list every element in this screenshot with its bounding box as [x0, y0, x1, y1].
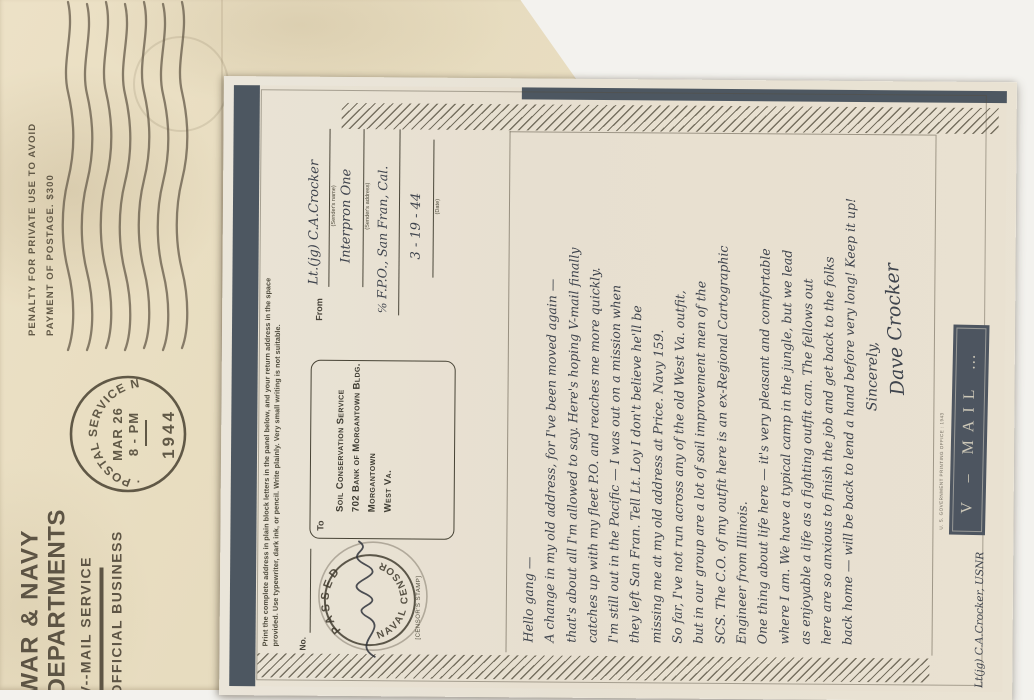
closing-handwriting: Sincerely,: [864, 342, 881, 411]
postmark-year: 1944: [159, 409, 178, 459]
sender-name-handwriting: Lt.(jg) C.A.Crocker: [306, 160, 322, 285]
no-field-label: No.: [297, 637, 307, 651]
faint-postmark-ring: [133, 36, 229, 132]
divider-rule: [100, 568, 104, 696]
signature-rank-handwriting: Lt(jg) C.A.Crocker, USNR: [973, 552, 986, 688]
war-navy-block: WAR & NAVY DEPARTMENTS V--MAIL SERVICE O…: [16, 432, 155, 696]
to-address-line: 702 Bank of Morgantown Bldg.: [349, 363, 366, 512]
penalty-line: PAYMENT OF POSTAGE. $300: [42, 90, 60, 336]
form-instructions: Print the complete address in plain bloc…: [261, 156, 285, 646]
to-address-line: Soil Conservation Service: [333, 363, 350, 512]
vmail-stamp-text: V – MAIL …: [952, 328, 986, 533]
sender-fpo-handwriting: ℅ F.P.O., San Fran, Cal.: [374, 166, 391, 314]
sender-address-caption: (Sender's address): [365, 151, 372, 261]
sender-fpo-line: [398, 129, 400, 315]
to-address-lines: Soil Conservation Service702 Bank of Mor…: [333, 363, 398, 512]
scanned-vmail-photo: { "envelope": { "penalty_lines": ["PENAL…: [0, 0, 1034, 700]
vmail-form: Print the complete address in plain bloc…: [229, 85, 1007, 692]
to-address-line: West Va.: [381, 363, 398, 512]
from-label: From: [314, 298, 324, 321]
sender-address-handwriting: Interpron One: [339, 169, 355, 263]
from-block: From Lt.(jg) C.A.Crocker (Sender's name)…: [304, 125, 476, 322]
penalty-line: PENALTY FOR PRIVATE USE TO AVOID: [24, 90, 42, 336]
to-label: To: [315, 520, 325, 530]
to-address-panel: To Soil Conservation Service702 Bank of …: [309, 360, 455, 540]
penalty-notice: PENALTY FOR PRIVATE USE TO AVOIDPAYMENT …: [24, 90, 66, 336]
official-business-line: OFFICIAL BUSINESS: [109, 432, 125, 696]
vmail-service-line: V--MAIL SERVICE: [78, 432, 94, 696]
censor-stamp-caption: [CENSOR'S STAMP]: [415, 548, 422, 668]
message-line: back home — will be back to lend a hand …: [837, 135, 862, 645]
censor-signature-scribble: [356, 541, 376, 657]
vmail-letter-photo: Print the complete address in plain bloc…: [219, 76, 1017, 700]
gpo-print-line: U. S. GOVERNMENT PRINTING OFFICE : 1943: [938, 412, 944, 529]
form-top-bar: [229, 85, 260, 686]
war-navy-line1: WAR & NAVY: [17, 432, 44, 696]
vmail-stamp-label: V – MAIL …: [949, 324, 990, 535]
letter-date-handwriting: 3 - 19 - 44: [409, 193, 425, 260]
message-body: Hello gang — A change in my old address,…: [518, 132, 863, 645]
war-navy-line2: DEPARTMENTS: [44, 432, 71, 696]
to-address-line: Morgantown: [365, 363, 382, 512]
letter-date-caption: (Date): [435, 152, 442, 262]
sender-name-caption: (Sender's name): [331, 151, 338, 261]
